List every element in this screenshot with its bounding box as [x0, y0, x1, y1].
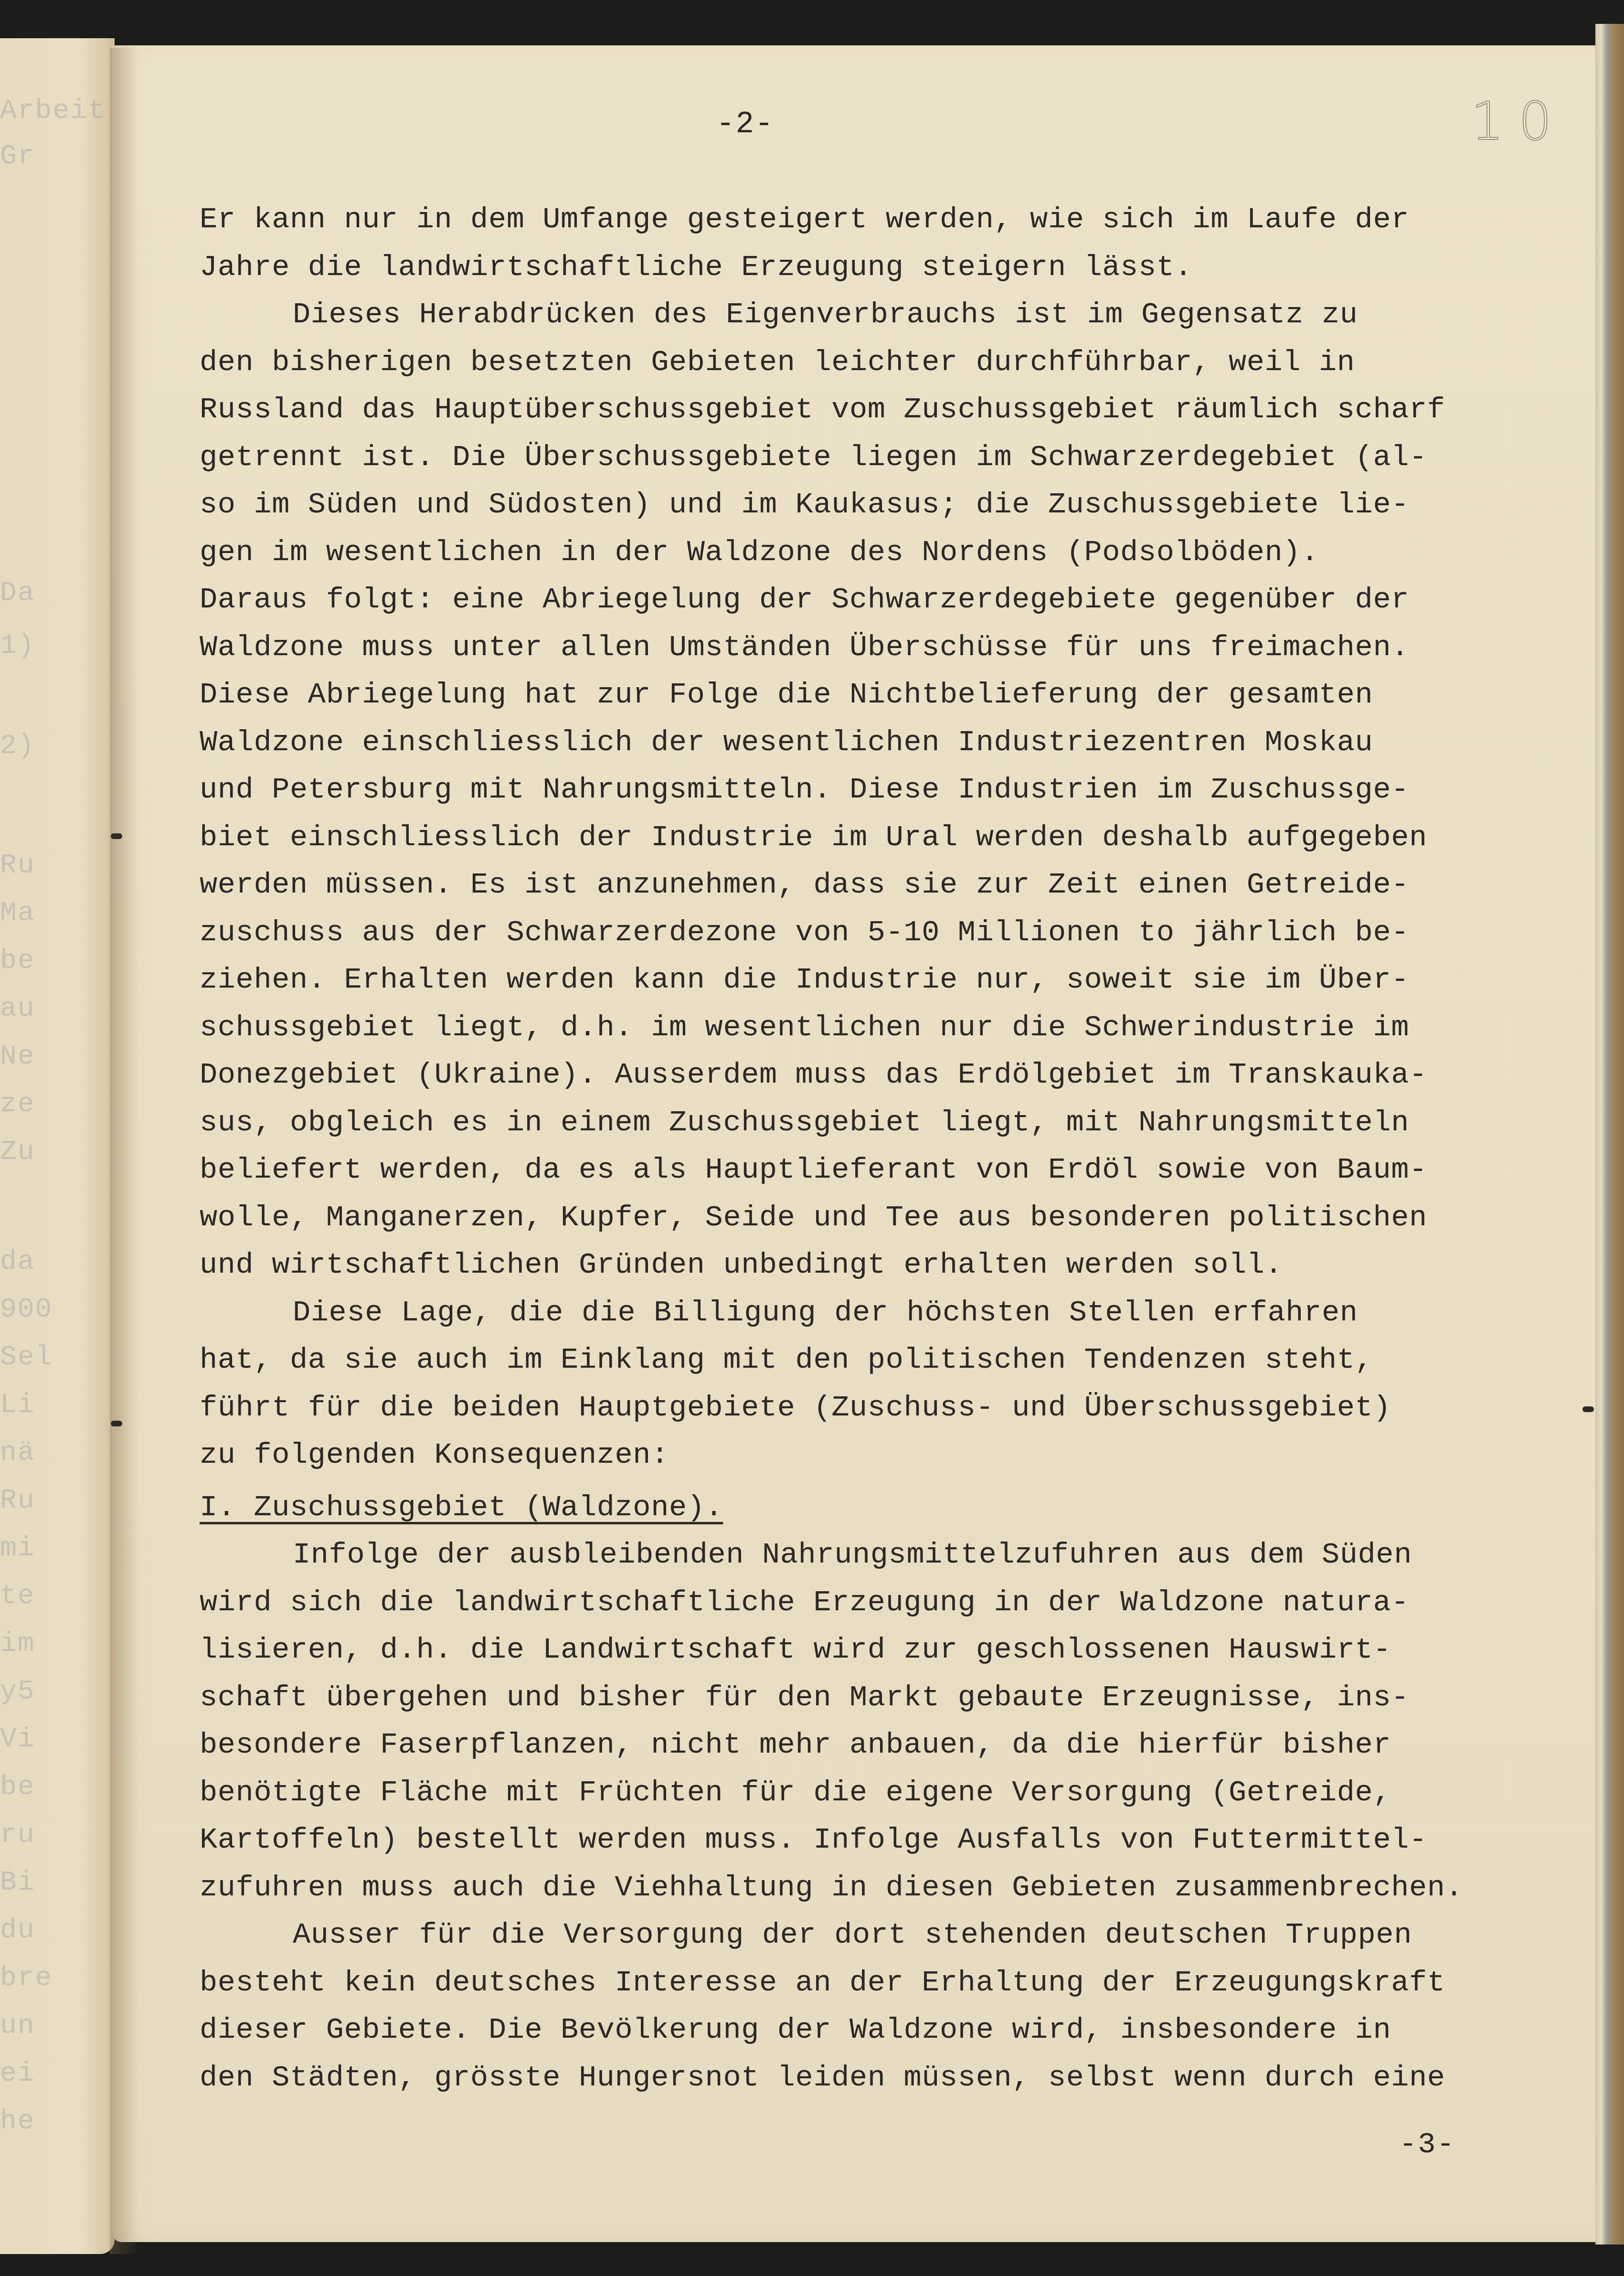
adjacent-page-strip: Arbeit Gr Da 1) 2) Ru Ma be au Ne ze Zu … [0, 38, 115, 2254]
text-line: Infolge der ausbleibenden Nahrungsmittel… [200, 1531, 1584, 1579]
text-line: besondere Faserpflanzen, nicht mehr anba… [200, 1721, 1584, 1769]
text-line: wolle, Manganerzen, Kupfer, Seide und Te… [200, 1194, 1584, 1242]
ghost-text: nä [0, 1437, 35, 1468]
text-line: den Städten, grösste Hungersnot leiden m… [200, 2054, 1584, 2102]
ghost-text: au [0, 993, 35, 1024]
ghost-text: ei [0, 2058, 35, 2089]
ghost-text: he [0, 2106, 35, 2137]
ghost-text: Li [0, 1390, 35, 1421]
ghost-text: Ru [0, 850, 35, 881]
text-line: und wirtschaftlichen Gründen unbedingt e… [200, 1241, 1584, 1289]
text-line: lisieren, d.h. die Landwirtschaft wird z… [200, 1626, 1584, 1674]
text-line: wird sich die landwirtschaftliche Erzeug… [200, 1579, 1584, 1627]
ghost-text: ru [0, 1819, 35, 1851]
ghost-text: 1) [0, 630, 35, 661]
text-line: und Petersburg mit Nahrungsmitteln. Dies… [200, 766, 1584, 814]
ghost-text: Ne [0, 1041, 35, 1072]
text-line: benötigte Fläche mit Früchten für die ei… [200, 1769, 1584, 1817]
ghost-text: Sel [0, 1342, 53, 1373]
text-line: zuschuss aus der Schwarzerdezone von 5-1… [200, 909, 1584, 957]
text-line: schussgebiet liegt, d.h. im wesentlichen… [200, 1004, 1584, 1052]
ghost-text: Vi [0, 1724, 35, 1755]
text-line: gen im wesentlichen in der Waldzone des … [200, 529, 1584, 576]
ghost-text: 2) [0, 731, 35, 762]
ghost-text: te [0, 1581, 35, 1612]
ghost-text: Da [0, 578, 35, 609]
section-heading-line: I. Zuschussgebiet (Waldzone). [200, 1484, 1584, 1532]
scan-canvas: Arbeit Gr Da 1) 2) Ru Ma be au Ne ze Zu … [0, 0, 1624, 2276]
text-line: Jahre die landwirtschaftliche Erzeugung … [200, 244, 1584, 291]
text-line: den bisherigen besetzten Gebieten leicht… [200, 339, 1584, 386]
ghost-text: Gr [0, 141, 35, 172]
text-line: hat, da sie auch im Einklang mit den pol… [200, 1336, 1584, 1384]
text-line: ziehen. Erhalten werden kann die Industr… [200, 956, 1584, 1004]
text-line: Waldzone einschliesslich der wesentliche… [200, 719, 1584, 766]
ghost-text: ze [0, 1089, 35, 1120]
text-line: Donezgebiet (Ukraine). Ausserdem muss da… [200, 1051, 1584, 1099]
ghost-text: Ma [0, 898, 35, 929]
text-line: führt für die beiden Hauptgebiete (Zusch… [200, 1384, 1584, 1432]
ghost-text: Ru [0, 1485, 35, 1516]
text-line: schaft übergehen und bisher für den Mark… [200, 1674, 1584, 1722]
text-line: Waldzone muss unter allen Umständen Über… [200, 624, 1584, 671]
ghost-text: y5 [0, 1676, 35, 1707]
binder-edge [1595, 24, 1624, 2244]
text-line: Dieses Herabdrücken des Eigenverbrauchs … [200, 291, 1584, 339]
text-line: Russland das Hauptüberschussgebiet vom Z… [200, 386, 1584, 434]
ghost-text: Bi [0, 1867, 35, 1898]
text-line: zufuhren muss auch die Viehhaltung in di… [200, 1864, 1584, 1912]
text-line: getrennt ist. Die Überschussgebiete lieg… [200, 434, 1584, 481]
text-line: Ausser für die Versorgung der dort stehe… [200, 1911, 1584, 1959]
text-line: dieser Gebiete. Die Bevölkerung der Wald… [200, 2006, 1584, 2054]
document-body: Er kann nur in dem Umfange gesteigert we… [200, 196, 1584, 2101]
ghost-text: mi [0, 1533, 35, 1564]
ghost-text: du [0, 1915, 35, 1946]
text-line: Er kann nur in dem Umfange gesteigert we… [200, 196, 1584, 244]
page-fold-shadow [110, 48, 138, 2254]
section-heading: I. Zuschussgebiet (Waldzone). [200, 1490, 723, 1524]
text-line: besteht kein deutsches Interesse an der … [200, 1959, 1584, 2007]
next-page-marker: -3- [1399, 2127, 1455, 2161]
text-line: Daraus folgt: eine Abriegelung der Schwa… [200, 576, 1584, 624]
text-line: Kartoffeln) bestellt werden muss. Infolg… [200, 1816, 1584, 1864]
text-line: so im Süden und Südosten) und im Kaukasu… [200, 481, 1584, 529]
text-line: werden müssen. Es ist anzunehmen, dass s… [200, 861, 1584, 909]
text-line: sus, obgleich es in einem Zuschussgebiet… [200, 1099, 1584, 1147]
text-line: Diese Lage, die die Billigung der höchst… [200, 1289, 1584, 1337]
text-line: beliefert werden, da es als Hauptliefera… [200, 1146, 1584, 1194]
ghost-text: un [0, 2010, 35, 2042]
text-line: biet einschliesslich der Industrie im Ur… [200, 814, 1584, 861]
folio-stamp-number: 10 [1471, 91, 1566, 152]
text-line: Diese Abriegelung hat zur Folge die Nich… [200, 671, 1584, 719]
text-line: zu folgenden Konsequenzen: [200, 1431, 1584, 1479]
ghost-text: da [0, 1246, 35, 1277]
ghost-text: Zu [0, 1137, 35, 1168]
ghost-text: Arbeit [0, 96, 106, 127]
ghost-text: be [0, 1772, 35, 1803]
ghost-text: im [0, 1628, 35, 1659]
binding-hole-mark [111, 1421, 122, 1426]
binding-hole-mark [111, 833, 122, 839]
ghost-text: 900 [0, 1294, 53, 1325]
page-number-header: -2- [716, 107, 774, 142]
ghost-text: bre [0, 1963, 53, 1994]
ghost-text: be [0, 946, 35, 977]
